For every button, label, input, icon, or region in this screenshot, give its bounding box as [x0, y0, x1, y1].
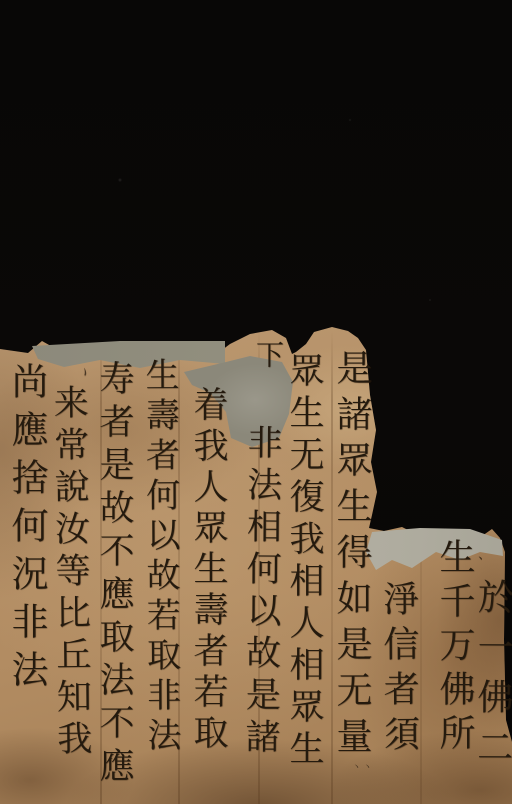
- paper-crease: [420, 330, 422, 804]
- photograph-canvas: 、 於一佛二 生千万佛所 淨信者須 是諸眾生得如是无量 眾生无復我相人相眾生 下…: [0, 0, 512, 804]
- text-column-1: 於一佛二: [473, 578, 510, 778]
- text-column-2: 生千万佛所: [436, 538, 472, 758]
- text-column-6: 非法相何以故是諸: [242, 424, 279, 760]
- text-column-6-head-mark: 下: [254, 340, 282, 368]
- text-column-4: 是諸眾生得如是无量: [333, 349, 369, 763]
- text-column-5: 眾生无復我相人相眾生: [286, 352, 321, 772]
- text-column-11: 尚應捨何況非法: [8, 362, 45, 698]
- text-column-9: 寿者是故不應取法不應: [96, 360, 131, 790]
- faint-ink-dots: 丶丶: [352, 760, 374, 773]
- text-column-8: 生壽者何以故若取非法: [142, 357, 178, 757]
- text-column-10: 来常說汝等比丘知我: [50, 384, 89, 762]
- text-column-7: 着我人眾生壽者若取: [190, 386, 225, 755]
- text-column-3: 淨信者須: [379, 580, 416, 760]
